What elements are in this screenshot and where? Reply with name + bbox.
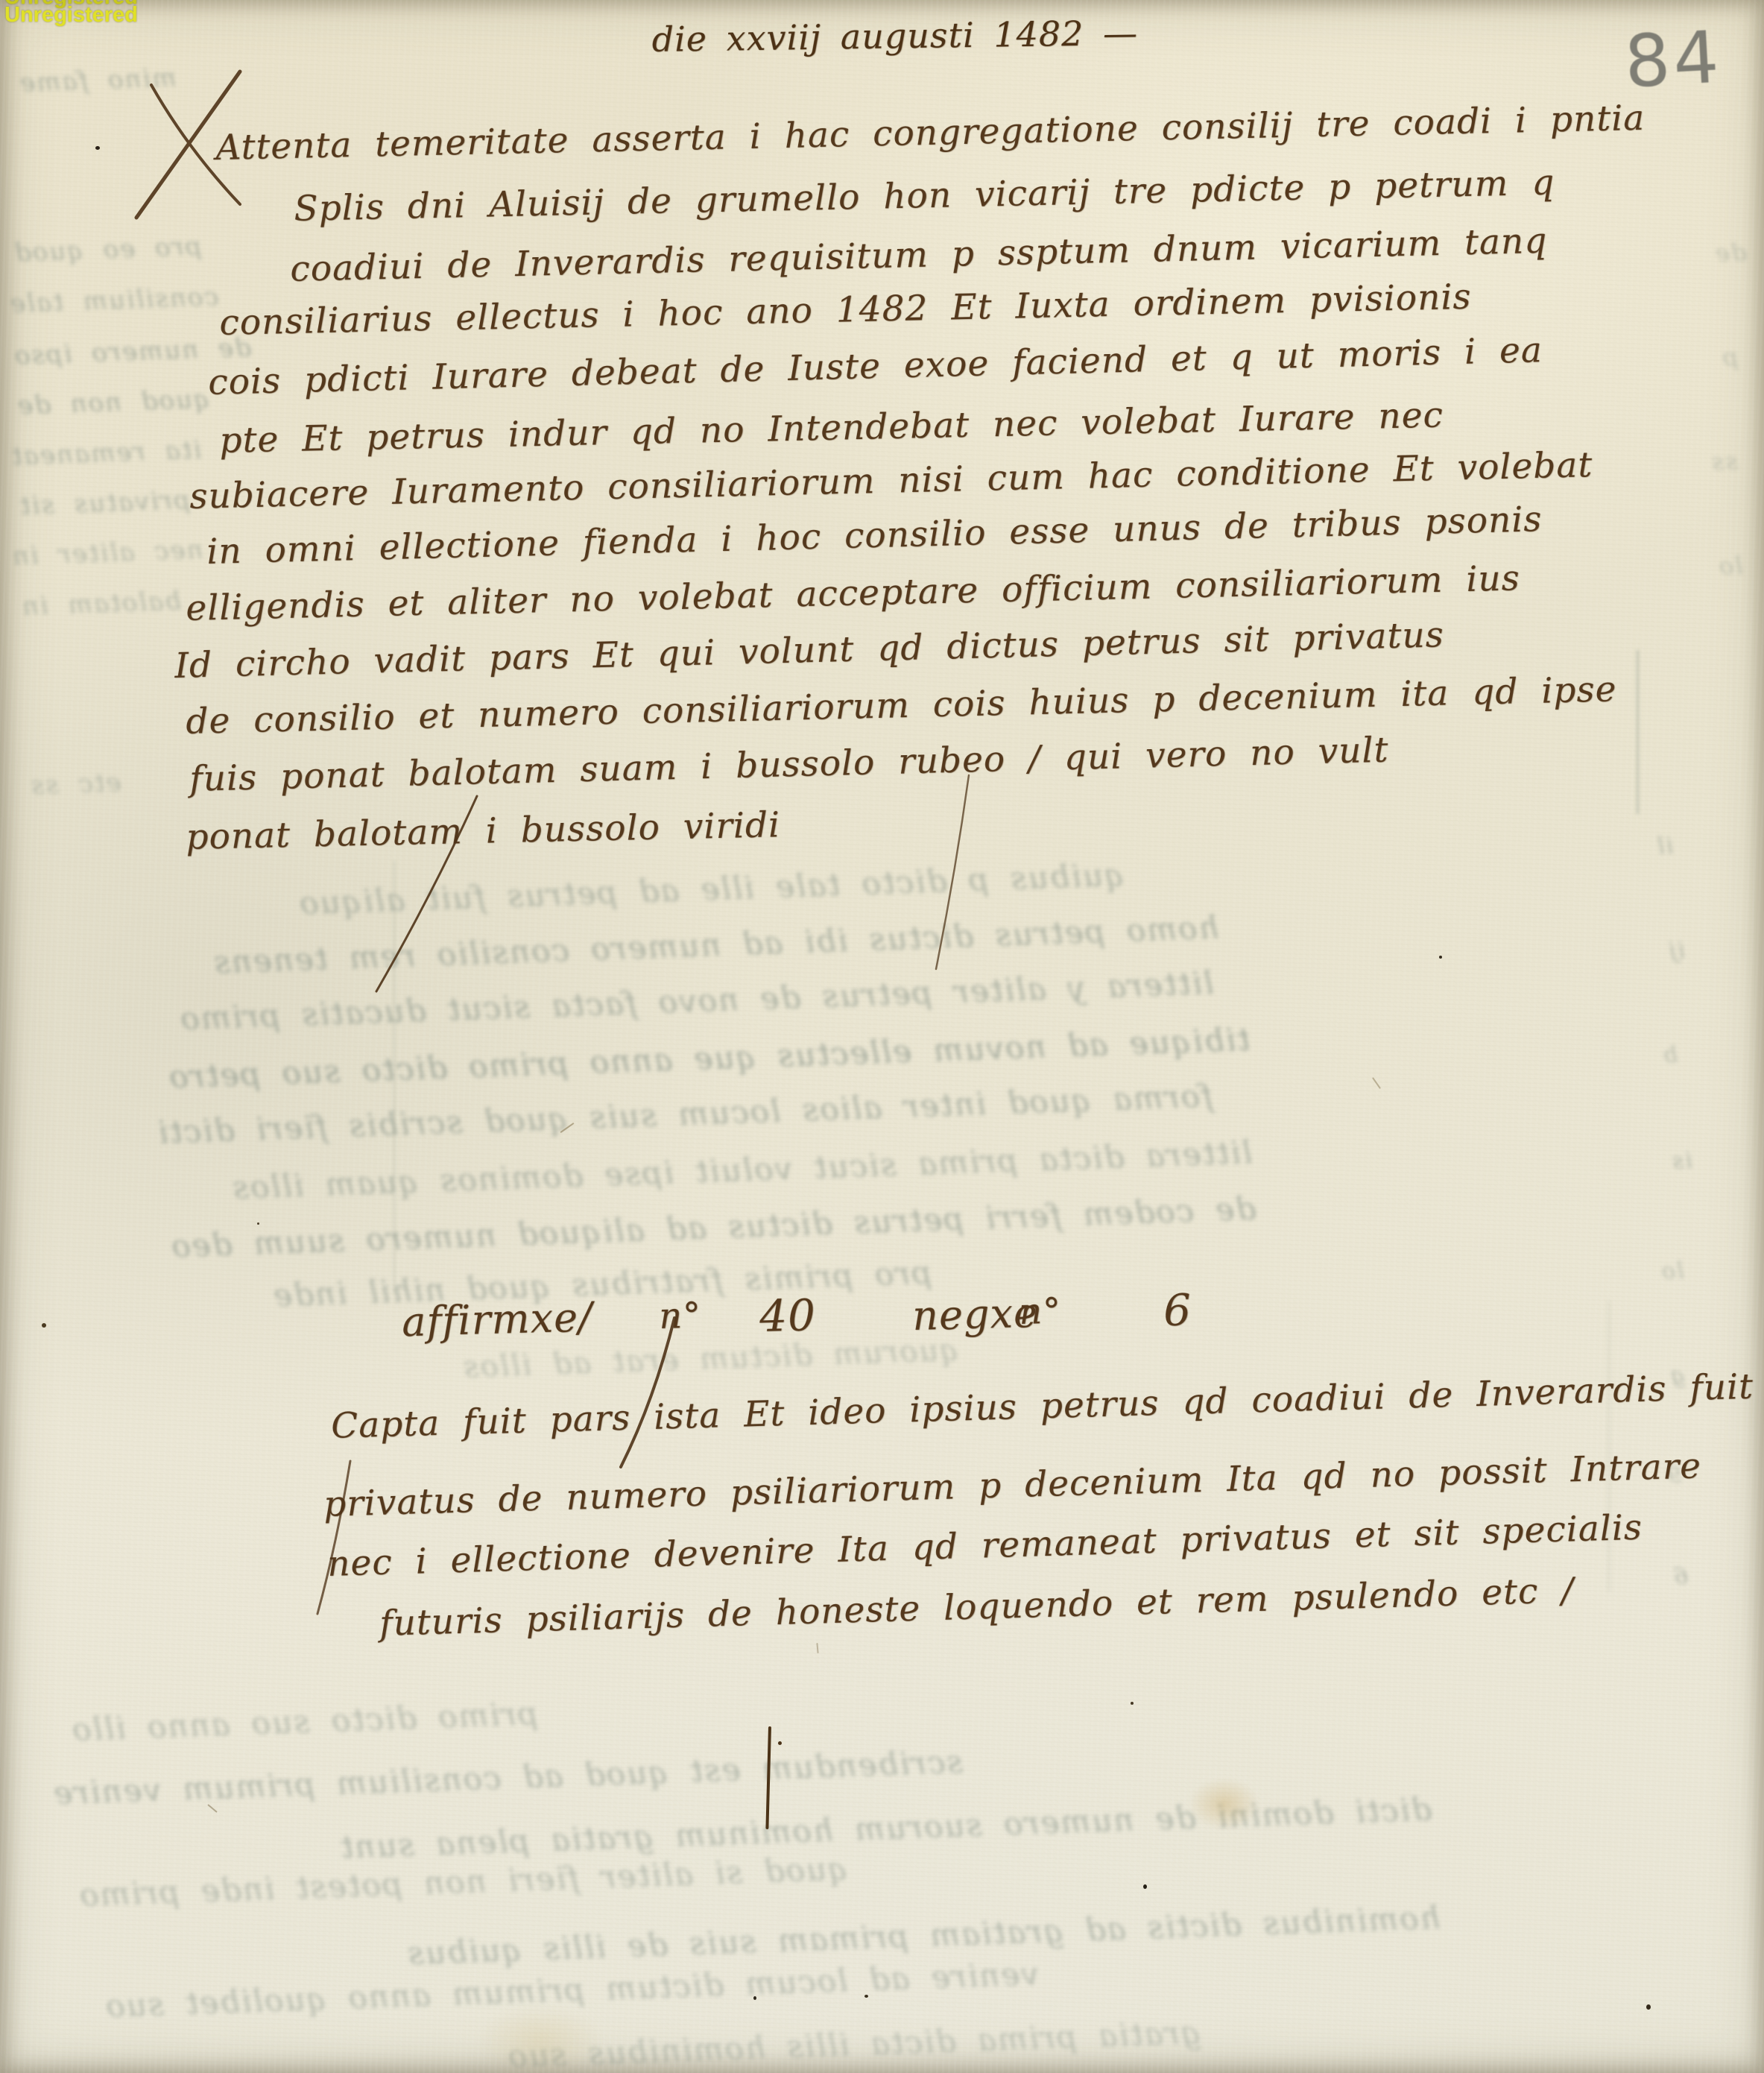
ink-speck (753, 1996, 756, 2000)
date-line: die xxviij augusti 1482 — (651, 13, 1138, 60)
record-line: Id circho vadit pars Et qui volunt qd di… (174, 614, 1445, 687)
bleed-through-line: pro primis fratribus quod nihil inde (271, 1255, 932, 1314)
bleed-through-line: ita remaneat (10, 435, 202, 472)
record-line: cois pdicti Iurare debeat de Iuste exoe … (208, 329, 1543, 403)
ink-speck (864, 1995, 868, 1998)
bleed-through-line: b (1661, 1042, 1678, 1069)
bleed-through-line: ij (1667, 938, 1685, 965)
bleed-through-line: 6 (1672, 1564, 1688, 1591)
paper-stain (477, 2005, 604, 2073)
record-line: ponat balotam i bussolo viridi (186, 804, 781, 858)
bleed-through-line: etc ss (29, 768, 121, 801)
ink-speck (1143, 1884, 1147, 1889)
ink-speck (1439, 956, 1442, 959)
manuscript-scan: mino famepro eo quodconsilium talede num… (0, 0, 1764, 2073)
watermark-text: Unregistered (4, 3, 138, 28)
bleed-through-line: consilium tale (8, 282, 219, 319)
resolution-line: futuris psiliarijs de honeste loquendo e… (379, 1570, 1574, 1644)
resolution-line: Capta fuit pars ista Et ideo ipsius petr… (330, 1366, 1754, 1447)
bleed-through-line: lo (1660, 1258, 1684, 1284)
ink-speck (257, 1222, 259, 1225)
crease-line (1637, 650, 1639, 814)
bleed-through-line: homo petrus dictus ibi ad numero consili… (212, 909, 1220, 980)
vote-negative-numero: n° (1019, 1290, 1062, 1333)
bleed-through-line: de codem ferri petrus dictus ad aliquod … (170, 1190, 1256, 1265)
paper-fiber (560, 1123, 574, 1133)
bleed-through-line: balotam in (20, 586, 181, 621)
bleed-through-line: p (1721, 343, 1739, 372)
bleed-through-line: dicti domini de numero suorum hominum gr… (339, 1790, 1432, 1865)
bleed-through-line: is (1670, 1148, 1692, 1175)
paper-fiber (207, 1804, 218, 1813)
ink-speck (1131, 1702, 1134, 1705)
bleed-through-line: quibus p dicto tale ille ad petrus fuit … (297, 856, 1125, 922)
bleed-through-line: il (1655, 833, 1673, 860)
bleed-through-line: hominibus dictis ad gratiam primam suis … (406, 1899, 1441, 1972)
ink-speck (95, 146, 100, 150)
bleed-through-line: quod si aliter fieri non potest inde pri… (78, 1850, 848, 1913)
vote-affirmative-count: 40 (759, 1290, 817, 1342)
paper-fiber (816, 1643, 818, 1653)
bleed-through-line: gratia prima dicta illis hominibus suo (506, 2014, 1201, 2073)
bleed-through-line: nec aliter in (10, 535, 203, 572)
vote-affirmative-label: affirmxe/ (401, 1293, 593, 1345)
bleed-through-line: scribendum est quod ad consilium primum … (52, 1744, 964, 1812)
ink-stroke (765, 1726, 771, 1829)
bleed-through-line: tibique ad novum ellectus que anno primo… (168, 1021, 1251, 1096)
bleed-through-line: forma quod inter alios locum suis quod s… (157, 1077, 1214, 1150)
vote-affirmative-numero: n° (659, 1295, 702, 1337)
bleed-through-line: de (1713, 238, 1747, 267)
record-line: Splis dni Aluisij de grumello hon vicari… (294, 163, 1555, 230)
bleed-through-line: littera dicta prima sicut voluit ipse do… (231, 1134, 1254, 1206)
bleed-through-line: ss (1710, 447, 1738, 476)
folio-number: 84 (1622, 16, 1724, 104)
bleed-through-line: venire ad locum dictum primum anno quoli… (104, 1955, 1040, 2025)
bleed-through-line: lo (1717, 551, 1743, 580)
bleed-through-line: privatus sit (18, 485, 190, 521)
bleed-through-line: mino fame (18, 63, 177, 98)
crease-line (393, 861, 395, 1293)
bleed-through-line: pro eo quod (13, 232, 202, 268)
bleed-through-line: quod non de (16, 384, 210, 420)
paper-fiber (1372, 1077, 1381, 1089)
record-line: fuis ponat balotam suam i bussolo rubeo … (189, 730, 1389, 800)
bleed-through-line: primo dicto suo anno illo (70, 1695, 538, 1748)
ink-speck (1646, 2004, 1651, 2010)
ink-speck (42, 1323, 46, 1328)
paper-stain (1189, 1778, 1259, 1830)
ink-speck (778, 1741, 782, 1745)
bleed-through-line: littera y aliter petrus de novo facta si… (179, 965, 1215, 1037)
vote-negative-count: 6 (1163, 1284, 1192, 1336)
record-line: Attenta temeritate asserta i hac congreg… (215, 98, 1646, 168)
